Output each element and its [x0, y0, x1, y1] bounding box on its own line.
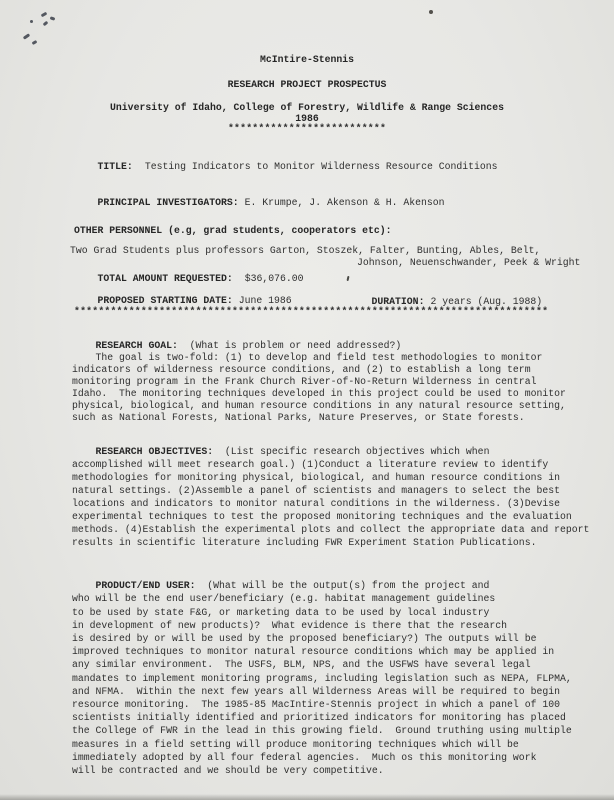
program-name: McIntire-Stennis	[0, 54, 614, 65]
institution-line: University of Idaho, College of Forestry…	[0, 102, 614, 113]
field-title: TITLE:Testing Indicators to Monitor Wild…	[74, 150, 498, 183]
product-end-user-text: (What will be the output(s) from the pro…	[72, 580, 572, 776]
product-end-user-label: PRODUCT/END USER:	[96, 580, 196, 591]
total-amount-value: $36,076.00	[245, 273, 304, 284]
document-type-title: RESEARCH PROJECT PROSPECTUS	[0, 79, 614, 90]
research-goal-text: (What is problem or need addressed?) The…	[72, 340, 566, 423]
starting-date-label: PROPOSED STARTING DATE:	[98, 295, 233, 306]
header-asterisk-divider: **************************	[0, 123, 614, 134]
field-principal-investigators: PRINCIPAL INVESTIGATORS:E. Krumpe, J. Ak…	[74, 186, 445, 219]
other-personnel-value-line1: Two Grad Students plus professors Garton…	[70, 245, 540, 256]
research-objectives-text: (List specific research objectives which…	[72, 446, 589, 548]
section-asterisk-divider: ****************************************…	[74, 306, 548, 317]
total-amount-label: TOTAL AMOUNT REQUESTED:	[98, 273, 233, 284]
research-goal-label: RESEARCH GOAL:	[96, 340, 178, 351]
starting-date-value: June 1986	[239, 295, 292, 306]
section-research-goal: RESEARCH GOAL: (What is problem or need …	[72, 328, 610, 436]
section-product-end-user: PRODUCT/END USER: (What will be the outp…	[72, 566, 610, 790]
title-value: Testing Indicators to Monitor Wilderness…	[145, 161, 498, 172]
stray-apostrophe-mark	[347, 276, 350, 281]
other-personnel-label: OTHER PERSONNEL (e.g, grad students, coo…	[74, 225, 391, 236]
title-label: TITLE:	[98, 161, 133, 172]
ink-dot	[429, 10, 433, 14]
principal-investigators-value: E. Krumpe, J. Akenson & H. Akenson	[245, 197, 445, 208]
research-objectives-label: RESEARCH OBJECTIVES:	[96, 446, 214, 457]
section-research-objectives: RESEARCH OBJECTIVES: (List specific rese…	[72, 432, 610, 562]
scanned-document-page: McIntire-Stennis RESEARCH PROJECT PROSPE…	[0, 0, 614, 800]
principal-investigators-label: PRINCIPAL INVESTIGATORS:	[98, 197, 239, 208]
page-edge-shadow	[0, 794, 614, 800]
other-personnel-value-line2: Johnson, Neuenschwander, Peek & Wright	[357, 257, 580, 268]
